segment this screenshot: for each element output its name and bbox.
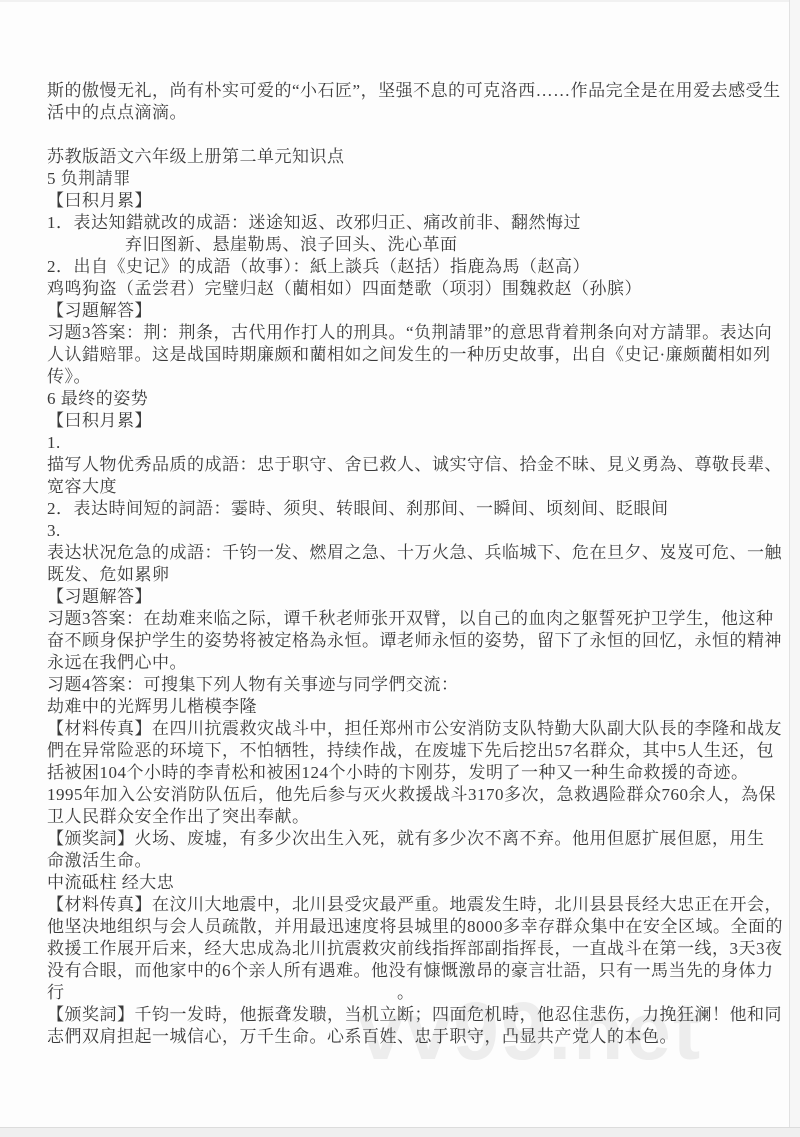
text-line: 表达状况危急的成語：千钧一发、燃眉之急、十万火急、兵临城下、危在旦夕、岌岌可危、… — [47, 542, 763, 564]
page-top-edge — [0, 0, 800, 2]
text-line: 3. — [47, 520, 763, 542]
text-line: 人认錯赔罪。这是战国時期廉颇和藺相如之间发生的一种历史故事，出自《史记·廉颇藺相… — [47, 344, 763, 366]
text-line: 【颁奖詞】火场、废墟，有多少次出生入死，就有多少次不离不弃。他用但愿扩展但愿，用… — [47, 828, 763, 850]
text-line: 鸡鸣狗盗（孟尝君）完璧归赵（藺相如）四面楚歌（项羽）围魏救赵（孙膑） — [47, 278, 763, 300]
text-line: 1．表达知錯就改的成語：迷途知返、改邪归正、痛改前非、翻然悔过 — [47, 212, 763, 234]
text-line: 1. — [47, 432, 763, 454]
text-line: 5 负荆請罪 — [47, 168, 763, 190]
text-line: 行 。 — [47, 982, 763, 1004]
text-line: 中流砥柱 经大忠 — [47, 872, 763, 894]
text-line: 习题3答案：荆：荆条，古代用作打人的刑具。“负荆請罪”的意思背着荆条向对方請罪。… — [47, 322, 763, 344]
text-line: 【曰积月累】 — [47, 190, 763, 212]
text-line: 苏教版語文六年级上册第二单元知识点 — [47, 146, 763, 168]
text-line: 习题4答案：可搜集下列人物有关事迹与同学們交流： — [47, 674, 763, 696]
text-line: 命激活生命。 — [47, 850, 763, 872]
text-line: 2．出自《史记》的成語（故事）：紙上談兵（赵括）指鹿為馬（赵高） — [47, 256, 763, 278]
document-content: 斯的傲慢无礼，尚有朴实可爱的“小石匠”，坚强不息的可克洛西……作品完全是在用爱去… — [47, 80, 763, 1048]
text-line: 永远在我們心中。 — [47, 652, 763, 674]
text-line: 括被困104个小時的李青松和被困124个小時的卞刚芬，发明了一种又一种生命救援的… — [47, 762, 763, 784]
text-line: 志們双肩担起一城信心，万千生命。心系百姓、忠于职守，凸显共产党人的本色。 — [47, 1026, 763, 1048]
text-line: 既发、危如累卵 — [47, 564, 763, 586]
text-line: 劫难中的光辉男儿楷模李隆 — [47, 696, 763, 718]
text-line: 奋不顾身保护学生的姿势将被定格為永恒。谭老师永恒的姿势，留下了永恒的回忆，永恒的… — [47, 630, 763, 652]
text-line: 【习題解答】 — [47, 586, 763, 608]
text-line: 【曰积月累】 — [47, 410, 763, 432]
page-right-edge — [789, 0, 800, 1137]
text-line: 【习題解答】 — [47, 300, 763, 322]
text-line: 活中的点点滴滴。 — [47, 102, 763, 124]
text-line: 1995年加入公安消防队伍后，他先后参与灭火救援战斗3170多次，急救遇险群众7… — [47, 784, 763, 806]
text-line: 【材料传真】在四川抗震救灾战斗中，担任郑州市公安消防支队特勤大队副大队長的李隆和… — [47, 718, 763, 740]
text-line: 弃旧图新、悬崖勒馬、浪子回头、洗心革面 — [47, 234, 763, 256]
text-line: 【颁奖詞】千钧一发時，他振聋发聩，当机立断；四面危机時，他忍住悲伤，力挽狂澜！他… — [47, 1004, 763, 1026]
text-line: 传》。 — [47, 366, 763, 388]
text-line: 描写人物优秀品质的成語：忠于职守、舍已救人、诚实守信、拾金不昧、見义勇為、尊敬長… — [47, 454, 763, 476]
text-line — [47, 124, 763, 146]
text-line: 6 最终的姿势 — [47, 388, 763, 410]
text-line: 没有合眼，而他家中的6个亲人所有遇难。他没有慷慨激昂的豪言壮語，只有一馬当先的身… — [47, 960, 763, 982]
text-line: 卫人民群众安全作出了突出奉献。 — [47, 806, 763, 828]
text-line: 【材料传真】在汶川大地震中，北川县受灾最严重。地震发生時，北川县县長经大忠正在开… — [47, 894, 763, 916]
text-line: 他坚决地组织与会人员疏散，并用最迅速度将县城里的8000多幸存群众集中在安全区域… — [47, 916, 763, 938]
text-line: 救援工作展开后来，经大忠成為北川抗震救灾前线指挥部副指挥長，一直战斗在第一线，3… — [47, 938, 763, 960]
text-line: 习题3答案：在劫难来临之际，谭千秋老师张开双臂，以自己的血肉之躯誓死护卫学生，他… — [47, 608, 763, 630]
text-line: 宽容大度 — [47, 476, 763, 498]
page-bottom-edge — [0, 1127, 800, 1137]
document-page: vv99.net 斯的傲慢无礼，尚有朴实可爱的“小石匠”，坚强不息的可克洛西……… — [0, 0, 800, 1137]
text-line: 斯的傲慢无礼，尚有朴实可爱的“小石匠”，坚强不息的可克洛西……作品完全是在用爱去… — [47, 80, 763, 102]
text-line: 2．表达時间短的詞語：霎時、须臾、转眼间、刹那间、一瞬间、顷刻间、眨眼间 — [47, 498, 763, 520]
text-line: 們在异常险恶的环境下，不怕牺牲，持续作战，在废墟下先后挖出57名群众，其中5人生… — [47, 740, 763, 762]
